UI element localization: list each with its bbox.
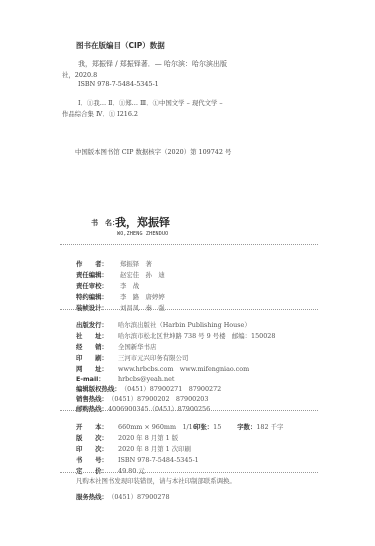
cip-subject-line2: 作品综合集 Ⅳ．① I216.2 — [62, 109, 138, 118]
cip-entry-line1: 我，郑振铎 / 郑振铎著．— 哈尔滨：哈尔滨出版 — [78, 59, 227, 69]
spec-label: 印张： — [194, 424, 213, 430]
cip-heading: 图书在版编目（CIP）数据 — [76, 40, 165, 51]
credit-row: 装帧设计：刘昌凤 秦 强 — [76, 297, 165, 313]
divider — [60, 244, 318, 245]
publisher-value: 4006900345（0451）87900256 — [108, 405, 210, 413]
divider — [60, 410, 318, 411]
cip-isbn: ISBN 978-7-5484-5345-1 — [78, 80, 159, 88]
spec-value: 182 千字 — [256, 423, 283, 431]
cip-verify-number: 中国版本图书馆 CIP 数据核字（2020）第 109742 号 — [75, 147, 231, 156]
cip-subject-line1: Ⅰ．①我… Ⅱ．①郑… Ⅲ．①中国文学 – 现代文学 – — [78, 98, 223, 107]
divider — [60, 472, 318, 473]
book-title-pinyin: WO,ZHENG ZHENDUO — [117, 231, 168, 237]
publisher-row: 邮购热线：4006900345（0451）87900256 — [76, 398, 210, 414]
divider — [60, 309, 318, 310]
spec-label: 字数： — [237, 424, 256, 430]
book-title: 我，郑振铎 — [115, 214, 170, 230]
credit-value: 刘昌凤 秦 强 — [120, 304, 165, 312]
service-value: （0451）87900278 — [108, 493, 170, 501]
cip-entry-line2: 社，2020.8 — [62, 70, 97, 79]
spec-value: 15 — [213, 424, 237, 430]
service-hotline: 服务热线：（0451）87900278 — [76, 486, 170, 502]
notice-text: 凡购本社图书发现印装错误，请与本社印制部联系调换。 — [76, 476, 236, 485]
spec-value: 49.80 元 — [118, 467, 145, 475]
service-label: 服务热线： — [76, 494, 108, 500]
spec-row: 定 价：49.80 元 — [76, 460, 145, 476]
